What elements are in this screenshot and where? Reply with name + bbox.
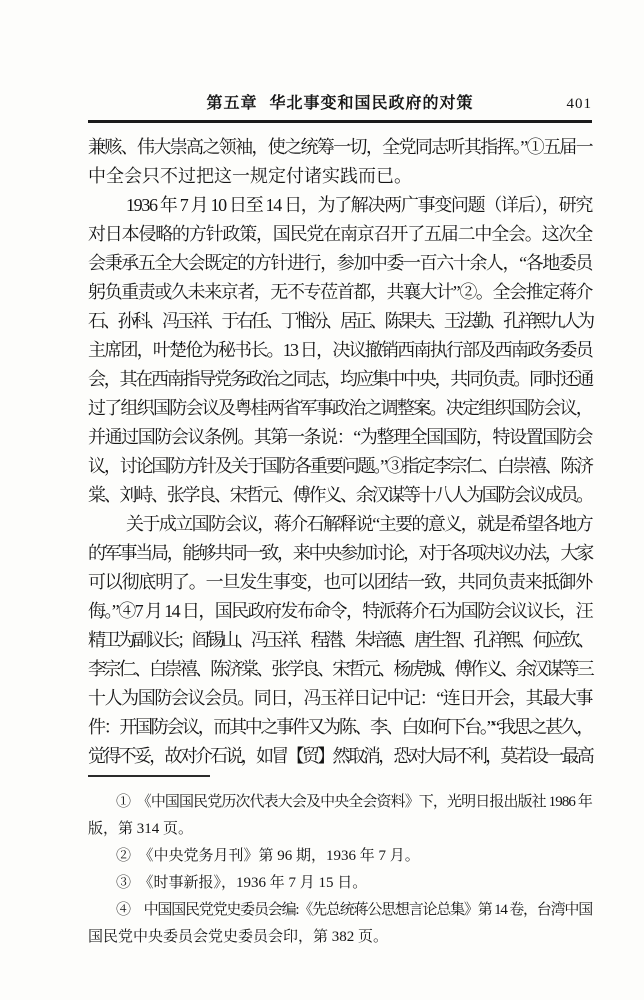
text-line: 李宗仁、白崇禧、陈济棠、张学良、宋哲元、杨虎城、傅作义、余汉谋等三 bbox=[88, 655, 592, 684]
footnote-line: ④ 中国国民党党史委员会编:《先总统蒋公思想言论总集》第 14 卷，台湾中国 bbox=[88, 897, 592, 924]
text-line: 觉得不妥，故对介石说，如冒【贸】然取消，恐对大局不利，莫若设一最高 bbox=[88, 742, 592, 771]
text-line paragraph-start: 关于成立国防会议，蒋介石解释说“主要的意义，就是希望各地方 bbox=[88, 510, 592, 539]
header-rule bbox=[88, 120, 592, 123]
text-line: 石、孙科、冯玉祥、于右任、丁惟汾、居正、陈果夫、王法勤、孔祥熙九人为 bbox=[88, 307, 592, 336]
footnote-line: 版，第 314 页。 bbox=[88, 816, 592, 843]
text-line: 的军事当局，能够共同一致，来中央参加讨论，对于各项决议办法，大家 bbox=[88, 539, 592, 568]
text-line: 会，其在西南指导党务政治之同志，均应集中中央，共同负责。同时还通 bbox=[88, 365, 592, 394]
text-line: 棠、刘峙、张学良、宋哲元、傅作义、余汉谋等十八人为国防会议成员。 bbox=[88, 481, 592, 510]
text-line paragraph-start: 1936 年 7 月 10 日至 14 日，为了解决两广事变问题（详后），研究 bbox=[88, 191, 592, 220]
chapter-heading: 第五章华北事变和国民政府的对策 bbox=[88, 93, 592, 114]
running-header: 第五章华北事变和国民政府的对策 401 bbox=[88, 93, 592, 114]
page-number: 401 bbox=[567, 94, 593, 115]
chapter-title: 华北事变和国民政府的对策 bbox=[270, 95, 474, 112]
text-line: 兼赅、伟大崇高之领袖，使之统筹一切，全党同志听其指挥。”①五届一 bbox=[88, 133, 592, 162]
text-line: 精卫为副议长；阎锡山、冯玉祥、程潜、朱培德、唐生智、孔祥熙、何应钦、 bbox=[88, 626, 592, 655]
chapter-number: 第五章 bbox=[206, 95, 257, 112]
text-line: 会秉承五全大会既定的方针进行，参加中委一百六十余人，“各地委员 bbox=[88, 249, 592, 278]
text-line: 并通过国防会议条例。其第一条说：“为整理全国国防，特设置国防会 bbox=[88, 423, 592, 452]
footnote-line: ① 《中国国民党历次代表大会及中央全会资料》下，光明日报出版社 1986 年 bbox=[88, 789, 592, 816]
text-line: 躬负重责或久未来京者，无不专莅首都，共襄大计”②。全会推定蒋介 bbox=[88, 278, 592, 307]
text-line: 件：开国防会议，而其中之事件又为陈、李、白如何下台。”“我思之甚久， bbox=[88, 713, 592, 742]
text-line: 可以彻底明了。一旦发生事变，也可以团结一致，共同负责来抵御外 bbox=[88, 568, 592, 597]
text-line: 议，讨论国防方针及关于国防各重要问题。”③指定李宗仁、白崇禧、陈济 bbox=[88, 452, 592, 481]
book-page: 第五章华北事变和国民政府的对策 401 兼赅、伟大崇高之领袖，使之统筹一切，全党… bbox=[0, 0, 644, 1000]
footnote-separator bbox=[88, 775, 210, 777]
footnote-line: 国民党中央委员会党史委员会印，第 382 页。 bbox=[88, 924, 592, 951]
text-line: 过了组织国防会议及粤桂两省军事政治之调整案。决定组织国防会议， bbox=[88, 394, 592, 423]
text-line: 中全会只不过把这一规定付诸实践而已。 bbox=[88, 162, 592, 191]
footnotes: ① 《中国国民党历次代表大会及中央全会资料》下，光明日报出版社 1986 年 版… bbox=[88, 789, 592, 951]
footnote-line: ③ 《时事新报》，1936 年 7 月 15 日。 bbox=[88, 870, 592, 897]
text-line: 侮。”④7 月 14 日，国民政府发布命令，特派蒋介石为国防会议议长，汪 bbox=[88, 597, 592, 626]
body-text: 兼赅、伟大崇高之领袖，使之统筹一切，全党同志听其指挥。”①五届一 中全会只不过把… bbox=[88, 133, 592, 771]
footnote-line: ② 《中央党务月刊》第 96 期，1936 年 7 月。 bbox=[88, 843, 592, 870]
text-line: 主席团，叶楚伧为秘书长。13 日，决议撤销西南执行部及西南政务委员 bbox=[88, 336, 592, 365]
text-line: 对日本侵略的方针政策，国民党在南京召开了五届二中全会。这次全 bbox=[88, 220, 592, 249]
text-line: 十人为国防会议会员。同日，冯玉祥日记中记：“连日开会，其最大事 bbox=[88, 684, 592, 713]
